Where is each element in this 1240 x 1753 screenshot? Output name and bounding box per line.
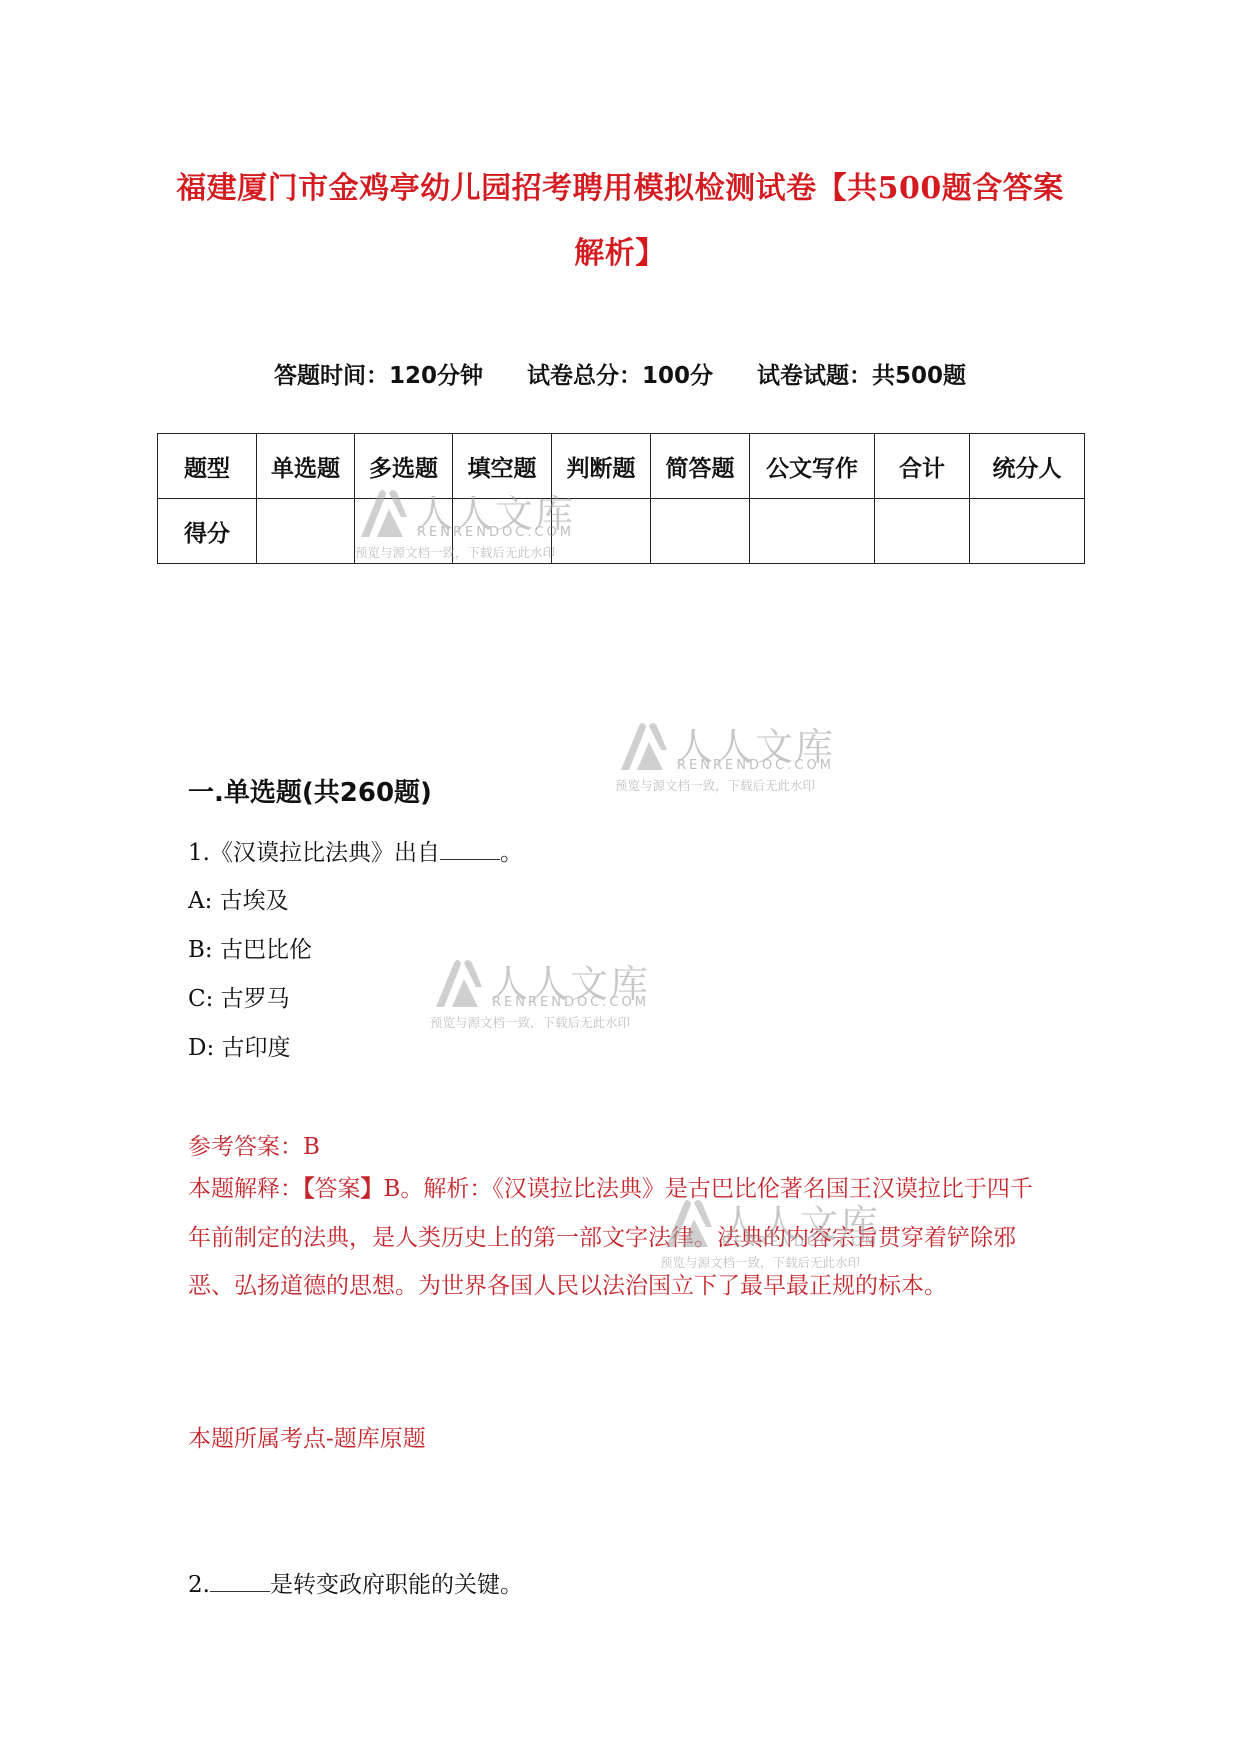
- question-stem-end: 。: [500, 840, 523, 866]
- exam-info: 答题时间：120分钟 试卷总分：100分 试卷试题：共500题: [0, 357, 1240, 390]
- bracket-close: 】: [361, 1175, 384, 1202]
- watermark-tagline: 预览与源文档一致，下载后无此水印: [430, 1013, 630, 1031]
- option-text: 古埃及: [220, 888, 289, 914]
- bracket-word: 答案: [315, 1176, 361, 1202]
- score-cell: [750, 499, 875, 564]
- score-cell: [970, 499, 1085, 564]
- option-c: C: 古罗马: [188, 980, 290, 1013]
- renrendoc-logo-icon: [615, 720, 669, 772]
- bracket-open: 【: [303, 1175, 315, 1202]
- watermark-brand-cn: 人人文库: [675, 716, 835, 771]
- exam-question-count: 试卷试题：共500题: [757, 363, 966, 389]
- explanation: 本题解释：【答案】B。解析：《汉谟拉比法典》是古巴比伦著名国王汉谟拉比于四千年前…: [188, 1165, 1048, 1311]
- option-text: 古罗马: [221, 986, 290, 1012]
- explanation-label: 本题解释：: [188, 1176, 303, 1202]
- option-label: C:: [188, 986, 213, 1012]
- header-cell: 填空题: [453, 434, 552, 499]
- score-cell: [651, 499, 750, 564]
- option-label: A:: [188, 888, 212, 914]
- watermark-brand-en: RENRENDOC.COM: [492, 995, 649, 1010]
- header-cell: 判断题: [552, 434, 651, 499]
- header-cell: 单选题: [257, 434, 355, 499]
- header-cell: 多选题: [355, 434, 453, 499]
- renrendoc-logo-icon: [430, 957, 484, 1009]
- header-cell: 题型: [158, 434, 257, 499]
- header-cell: 简答题: [651, 434, 750, 499]
- score-cell: [875, 499, 970, 564]
- reference-answer: 参考答案：B: [188, 1128, 320, 1161]
- score-cell: [355, 499, 453, 564]
- document-title-line-2: 解析】: [150, 228, 1090, 272]
- option-a: A: 古埃及: [188, 882, 289, 915]
- question-stem-text: 2.: [188, 1572, 210, 1598]
- exam-time: 答题时间：120分钟: [274, 363, 483, 389]
- document-title-line-1: 福建厦门市金鸡亭幼儿园招考聘用模拟检测试卷【共500题含答案: [150, 163, 1090, 207]
- option-text: 古巴比伦: [220, 937, 312, 963]
- exam-total-score: 试卷总分：100分: [527, 363, 713, 389]
- watermark: 人人文库 RENRENDOC.COM 预览与源文档一致，下载后无此水印: [430, 955, 660, 1031]
- watermark-brand-cn: 人人文库: [490, 953, 650, 1008]
- option-label: D:: [188, 1035, 214, 1061]
- header-cell: 合计: [875, 434, 970, 499]
- score-table-header-row: 题型 单选题 多选题 填空题 判断题 简答题 公文写作 合计 统分人: [158, 434, 1085, 499]
- question-1-stem: 1.《汉谟拉比法典》出自。: [188, 834, 523, 867]
- score-table-score-row: 得分: [158, 499, 1085, 564]
- header-cell: 统分人: [970, 434, 1085, 499]
- score-table: 题型 单选题 多选题 填空题 判断题 简答题 公文写作 合计 统分人 得分: [157, 433, 1085, 564]
- knowledge-point: 本题所属考点-题库原题: [188, 1420, 426, 1453]
- watermark-brand-en: RENRENDOC.COM: [677, 758, 834, 773]
- watermark: 人人文库 RENRENDOC.COM 预览与源文档一致，下载后无此水印: [615, 718, 845, 794]
- score-cell: [453, 499, 552, 564]
- score-cell: [257, 499, 355, 564]
- option-text: 古印度: [222, 1035, 291, 1061]
- question-2-stem: 2.是转变政府职能的关键。: [188, 1566, 523, 1599]
- option-label: B:: [188, 937, 213, 963]
- option-b: B: 古巴比伦: [188, 931, 312, 964]
- answer-blank: [440, 839, 500, 860]
- question-stem-end: 是转变政府职能的关键。: [270, 1572, 523, 1598]
- option-d: D: 古印度: [188, 1029, 291, 1062]
- answer-blank: [210, 1571, 270, 1592]
- watermark-tagline: 预览与源文档一致，下载后无此水印: [615, 776, 815, 794]
- question-stem-text: 1.《汉谟拉比法典》出自: [188, 840, 440, 866]
- score-cell: [552, 499, 651, 564]
- header-cell: 公文写作: [750, 434, 875, 499]
- section-heading: 一.单选题(共260题): [188, 772, 432, 809]
- row-label-cell: 得分: [158, 499, 257, 564]
